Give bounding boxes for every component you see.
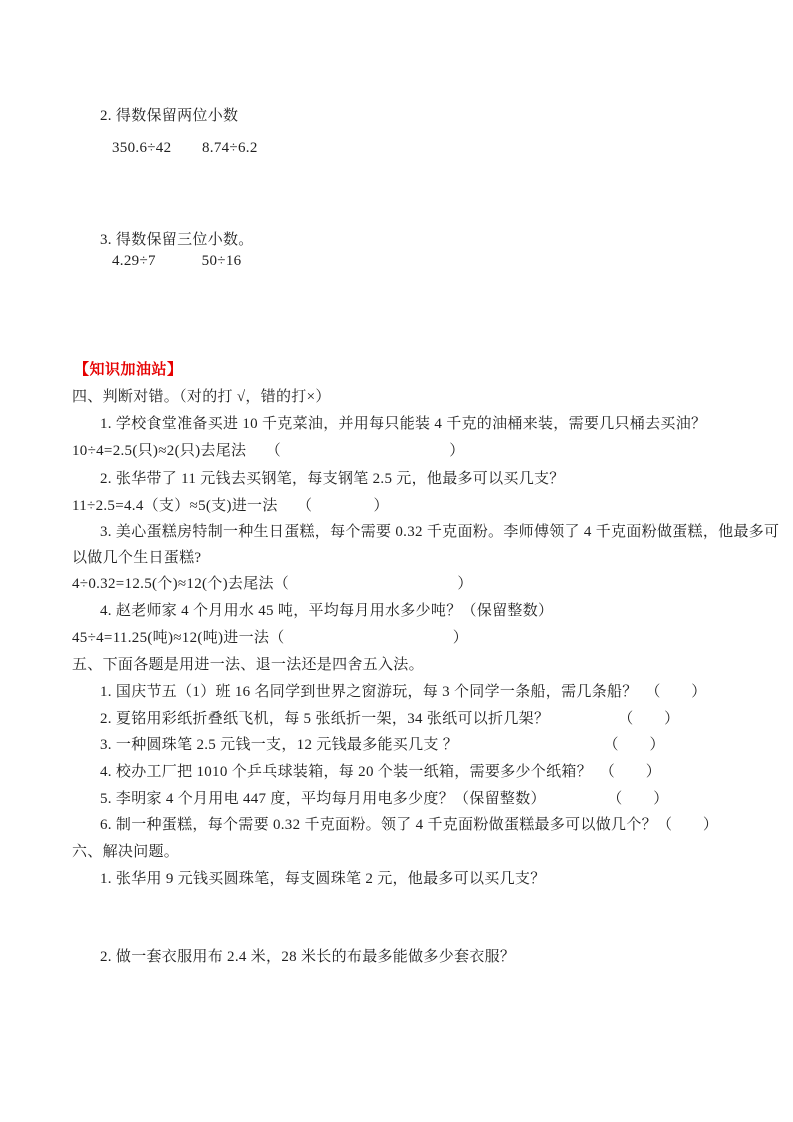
- practice-item3-expressions: 4.29÷7 50÷16: [112, 251, 241, 271]
- method-item-4: 4. 校办工厂把 1010 个乒乓球装箱，每 20 个装一纸箱，需要多少个纸箱？…: [100, 762, 661, 782]
- judge-question-4: 4. 赵老师家 4 个月用水 45 吨，平均每月用水多少吨？（保留整数）: [100, 601, 553, 621]
- practice-item2-heading: 2. 得数保留两位小数: [100, 106, 238, 126]
- method-item-2: 2. 夏铭用彩纸折叠纸飞机，每 5 张纸折一架，34 张纸可以折几架？ （ ）: [100, 709, 679, 729]
- worksheet-page: 2. 得数保留两位小数 350.6÷42 8.74÷6.2 3. 得数保留三位小…: [0, 0, 793, 1122]
- practice-item3-heading: 3. 得数保留三位小数。: [100, 230, 254, 250]
- judge-answer-3: 4÷0.32=12.5(个)≈12(个)去尾法（ ）: [72, 574, 473, 594]
- method-section-heading: 五、下面各题是用进一法、退一法还是四舍五入法。: [72, 655, 424, 675]
- solve-item-2: 2. 做一套衣服用布 2.4 米，28 米长的布最多能做多少套衣服？: [100, 947, 515, 967]
- judge-answer-2: 11÷2.5=4.4（支）≈5(支)进一法 （ ）: [72, 496, 389, 516]
- method-item-6: 6. 制一种蛋糕，每个需要 0.32 千克面粉。领了 4 千克面粉做蛋糕最多可以…: [100, 815, 718, 835]
- practice-item2-expressions: 350.6÷42 8.74÷6.2: [112, 138, 258, 158]
- method-item-5: 5. 李明家 4 个月用电 447 度，平均每月用电多少度？（保留整数） （ ）: [100, 789, 669, 809]
- solve-section-heading: 六、解决问题。: [72, 842, 179, 862]
- judge-question-3-line2: 以做几个生日蛋糕?: [72, 548, 201, 568]
- judge-question-2: 2. 张华带了 11 元钱去买钢笔，每支钢笔 2.5 元，他最多可以买几支？: [100, 469, 565, 489]
- method-item-3: 3. 一种圆珠笔 2.5 元钱一支，12 元钱最多能买几支 ？ （ ）: [100, 735, 665, 755]
- judge-answer-4: 45÷4=11.25(吨)≈12(吨)进一法（ ）: [72, 628, 468, 648]
- judge-question-1: 1. 学校食堂准备买进 10 千克菜油，并用每只能装 4 千克的油桶来装，需要几…: [100, 414, 706, 434]
- judge-section-heading: 四、判断对错。（对的打 √，错的打×）: [72, 387, 331, 407]
- method-item-1: 1. 国庆节五（1）班 16 名同学到世界之窗游玩，每 3 个同学一条船，需几条…: [100, 682, 707, 702]
- solve-item-1: 1. 张华用 9 元钱买圆珠笔，每支圆珠笔 2 元，他最多可以买几支？: [100, 869, 546, 889]
- knowledge-station-title: 【知识加油站】: [74, 360, 183, 380]
- judge-question-3-line1: 3. 美心蛋糕房特制一种生日蛋糕，每个需要 0.32 千克面粉。李师傅领了 4 …: [100, 522, 779, 542]
- judge-answer-1: 10÷4=2.5(只)≈2(只)去尾法 （ ）: [72, 441, 465, 461]
